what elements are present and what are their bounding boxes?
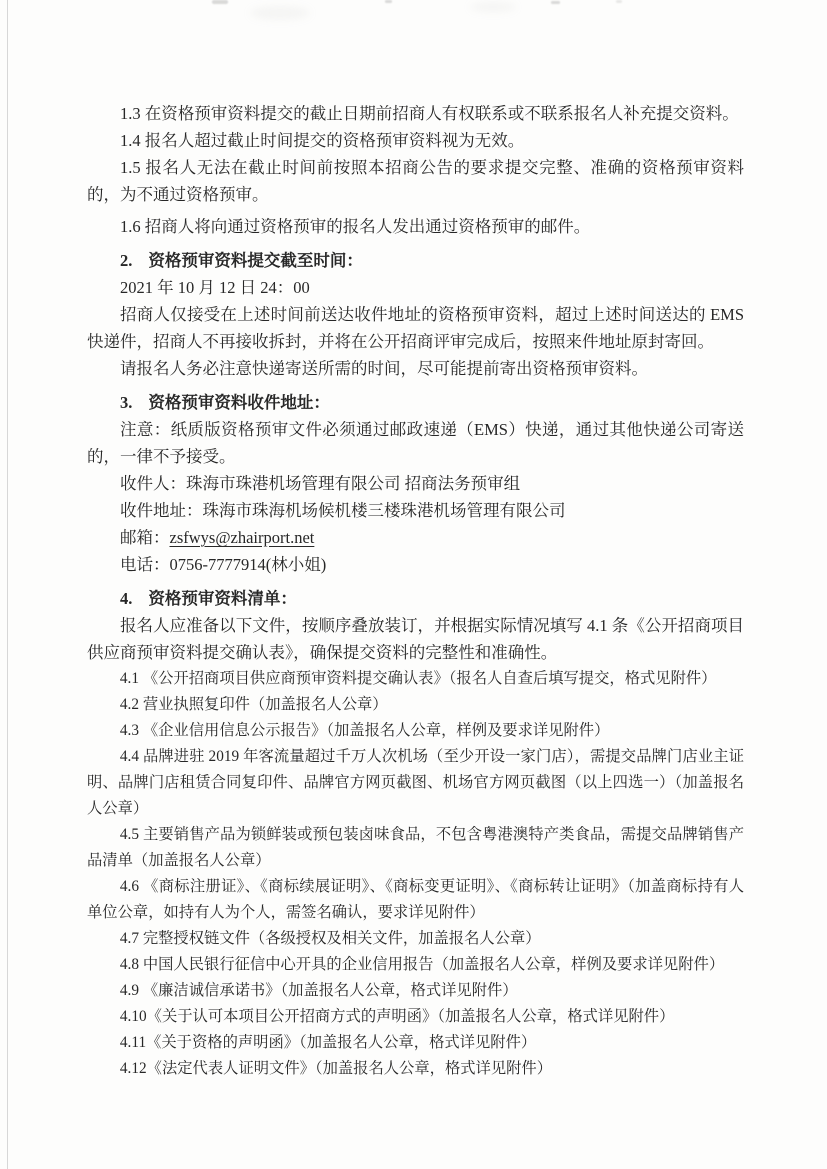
clause-1-4: 1.4 报名人超过截止时间提交的资格预审资料视为无效。 [87, 127, 744, 154]
scan-artifact-speck [616, 0, 622, 3]
section-2-heading: 2.资格预审资料提交截至时间： [87, 247, 744, 274]
clause-1-3: 1.3 在资格预审资料提交的截止日期前招商人有权联系或不联系报名人补充提交资料。 [87, 100, 744, 127]
section-4-number: 4. [120, 589, 132, 608]
address-line: 收件地址：珠海市珠海机场候机楼三楼珠港机场管理有限公司 [87, 497, 744, 524]
checklist-item-4-8: 4.8 中国人民银行征信中心开具的企业信用报告（加盖报名人公章，样例及要求详见附… [87, 952, 744, 978]
scan-artifact-speck [551, 1, 560, 4]
checklist-item-4-5: 4.5 主要销售产品为锁鲜装或预包装卤味食品，不包含粤港澳特产类食品，需提交品牌… [87, 822, 744, 874]
section-4-title: 资格预审资料清单： [148, 589, 297, 608]
address-label: 收件地址： [120, 501, 203, 520]
scan-artifact-speck [212, 0, 228, 4]
clause-1-6: 1.6 招商人将向通过资格预审的报名人发出通过资格预审的邮件。 [87, 213, 744, 240]
scan-artifact-speck [385, 0, 392, 3]
checklist-item-4-11: 4.11《关于资格的声明函》（加盖报名人公章，格式详见附件） [87, 1030, 744, 1056]
ems-notice-para: 注意：纸质版资格预审文件必须通过邮政速递（EMS）快递，通过其他快递公司寄送的，… [87, 416, 744, 470]
email-line: 邮箱：zsfwys@zhairport.net [87, 524, 744, 551]
mailing-reminder-para: 请报名人务必注意快递寄送所需的时间，尽可能提前寄出资格预审资料。 [87, 355, 744, 382]
section-3-heading: 3.资格预审资料收件地址： [87, 389, 744, 416]
phone-label: 电话： [120, 555, 170, 574]
recipient-value: 珠海市珠港机场管理有限公司 招商法务预审组 [186, 474, 520, 493]
checklist-item-4-4: 4.4 品牌进驻 2019 年客流量超过千万人次机场（至少开设一家门店），需提交… [87, 744, 744, 822]
phone-value: 0756-7777914(林小姐) [170, 555, 327, 574]
recipient-line: 收件人：珠海市珠港机场管理有限公司 招商法务预审组 [87, 470, 744, 497]
section-3-number: 3. [120, 393, 132, 412]
section-3-title: 资格预审资料收件地址： [148, 393, 330, 412]
checklist-item-4-3: 4.3 《企业信用信息公示报告》（加盖报名人公章，样例及要求详见附件） [87, 718, 744, 744]
scan-edge-shadow [7, 0, 8, 1169]
checklist-item-4-10: 4.10《关于认可本项目公开招商方式的声明函》（加盖报名人公章，格式详见附件） [87, 1004, 744, 1030]
scan-artifact-smudge [250, 6, 310, 20]
section-2-title: 资格预审资料提交截至时间： [148, 251, 363, 270]
address-value: 珠海市珠海机场候机楼三楼珠港机场管理有限公司 [203, 501, 566, 520]
checklist-item-4-12: 4.12《法定代表人证明文件》（加盖报名人公章，格式详见附件） [87, 1056, 744, 1082]
checklist-item-4-6: 4.6 《商标注册证》、《商标续展证明》、《商标变更证明》、《商标转让证明》（加… [87, 874, 744, 926]
section-2-number: 2. [120, 251, 132, 270]
checklist-intro-para: 报名人应准备以下文件，按顺序叠放装订，并根据实际情况填写 4.1 条《公开招商项… [87, 612, 744, 666]
scan-artifact-smudge [470, 2, 516, 12]
document-body: 1.3 在资格预审资料提交的截止日期前招商人有权联系或不联系报名人补充提交资料。… [87, 100, 744, 1082]
checklist-item-4-9: 4.9 《廉洁诚信承诺书》（加盖报名人公章，格式详见附件） [87, 978, 744, 1004]
scanned-document-page: 1.3 在资格预审资料提交的截止日期前招商人有权联系或不联系报名人补充提交资料。… [0, 0, 827, 1169]
checklist-item-4-1: 4.1 《公开招商项目供应商预审资料提交确认表》（报名人自查后填写提交，格式见附… [87, 666, 744, 692]
clause-1-5: 1.5 报名人无法在截止时间前按照本招商公告的要求提交完整、准确的资格预审资料的… [87, 154, 744, 208]
checklist-item-4-2: 4.2 营业执照复印件（加盖报名人公章） [87, 692, 744, 718]
recipient-label: 收件人： [120, 474, 186, 493]
phone-line: 电话：0756-7777914(林小姐) [87, 551, 744, 578]
email-label: 邮箱： [120, 528, 170, 547]
email-address: zsfwys@zhairport.net [170, 528, 315, 547]
section-4-heading: 4.资格预审资料清单： [87, 585, 744, 612]
deadline-text: 2021 年 10 月 12 日 24：00 [87, 274, 744, 301]
mailing-rules-para: 招商人仅接受在上述时间前送达收件地址的资格预审资料，超过上述时间送达的 EMS … [87, 301, 744, 355]
checklist-item-4-7: 4.7 完整授权链文件（各级授权及相关文件，加盖报名人公章） [87, 926, 744, 952]
